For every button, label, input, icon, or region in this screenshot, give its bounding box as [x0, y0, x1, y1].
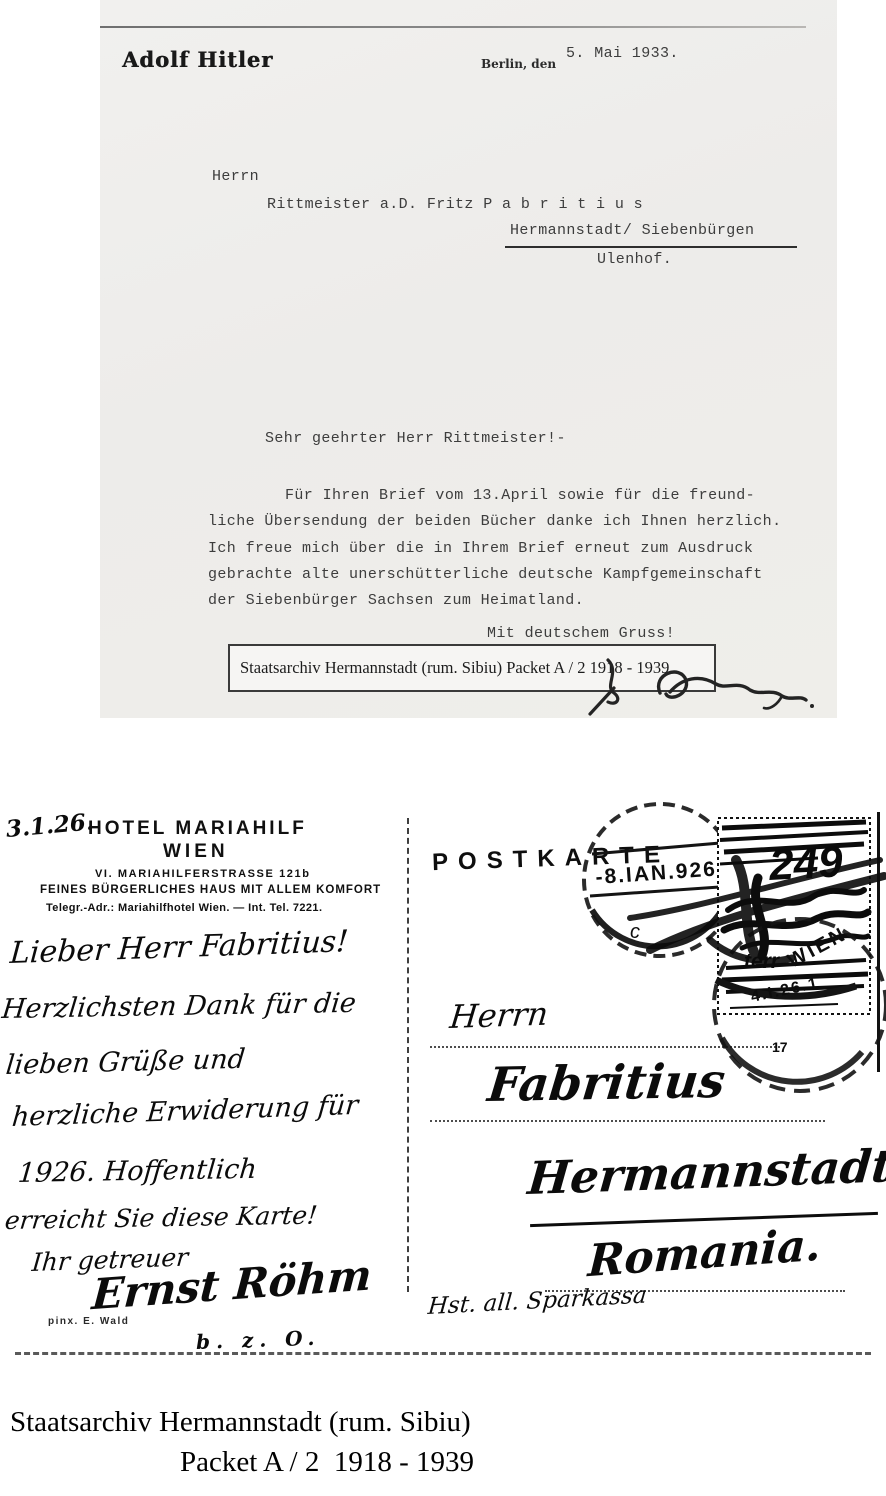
caption-line1: Staatsarchiv Hermannstadt (rum. Sibiu) [10, 1406, 471, 1439]
body-line: gebrachte alte unerschütterliche deutsch… [208, 566, 763, 583]
hotel-name: HOTEL MARIAHILF [88, 818, 307, 840]
recipient-line: Ulenhof. [597, 251, 672, 268]
address-line: Hermannstadt [526, 1139, 886, 1205]
recipient-line: Rittmeister a.D. Fritz P a b r i t i u s [267, 196, 643, 213]
postcard-divider [407, 818, 409, 1292]
body-line: Ich freue mich über die in Ihrem Brief e… [208, 540, 753, 557]
body-line: Für Ihren Brief vom 13.April sowie für d… [285, 487, 755, 504]
handwritten-date: 3.1.26. [5, 808, 95, 843]
hitler-letter-photo: Adolf Hitler Berlin, den 5. Mai 1933. He… [100, 0, 837, 718]
signature-suffix: b. z. O. [196, 1326, 321, 1354]
hitler-signature [520, 638, 820, 728]
postmark-office: 17 [772, 1039, 788, 1055]
caption-line2: Packet A / 2 1918 - 1939 [180, 1446, 474, 1479]
letterhead-name: Adolf Hitler [122, 47, 273, 72]
scanned-archive-page: Adolf Hitler Berlin, den 5. Mai 1933. He… [0, 0, 886, 1496]
message-line: lieben Grüße und [5, 1044, 247, 1081]
message-line: erreicht Sie diese Karte! [3, 1201, 318, 1236]
hotel-city: WIEN [163, 841, 229, 863]
address-line: Romania. [587, 1220, 823, 1288]
arrival-date-text: -8.IAN.926 [595, 858, 718, 889]
stamp-and-postmarks: -8.IAN.926 c 249 terr [500, 790, 886, 1120]
printer-credit: pinx. E. Wald [48, 1316, 129, 1327]
hermannstadt-underline [530, 1212, 878, 1227]
body-line: der Siebenbürger Sachsen zum Heimatland. [208, 592, 584, 609]
message-line: 1926. Hoffentlich [17, 1154, 258, 1189]
letterhead-rule [100, 26, 806, 28]
letter-date: 5. Mai 1933. [566, 45, 679, 62]
recipient-line: Hermannstadt/ Siebenbürgen [510, 222, 754, 239]
address-note: Hst. all. Sparkassa [427, 1282, 648, 1320]
hotel-description: FEINES BÜRGERLICHES HAUS MIT ALLEM KOMFO… [40, 884, 381, 896]
address-dotted-line [430, 1120, 825, 1122]
recipient-underline [505, 246, 797, 248]
recipient-line: Herrn [212, 168, 259, 185]
postmark-letter: c [630, 921, 640, 943]
message-line: Herzlichsten Dank für die [0, 988, 357, 1025]
salutation: Sehr geehrter Herr Rittmeister!- [265, 430, 566, 447]
hotel-street: VI. MARIAHILFERSTRASSE 121b [95, 868, 311, 880]
hotel-telegram: Telegr.-Adr.: Mariahilfhotel Wien. — Int… [46, 902, 322, 914]
postcard-bottom-edge [15, 1352, 871, 1355]
place-label: Berlin, den [481, 57, 556, 71]
body-line: liche Übersendung der beiden Bücher dank… [208, 513, 782, 530]
message-line: herzliche Erwiderung für [11, 1090, 360, 1133]
message-line: Lieber Herr Fabritius! [9, 924, 350, 971]
